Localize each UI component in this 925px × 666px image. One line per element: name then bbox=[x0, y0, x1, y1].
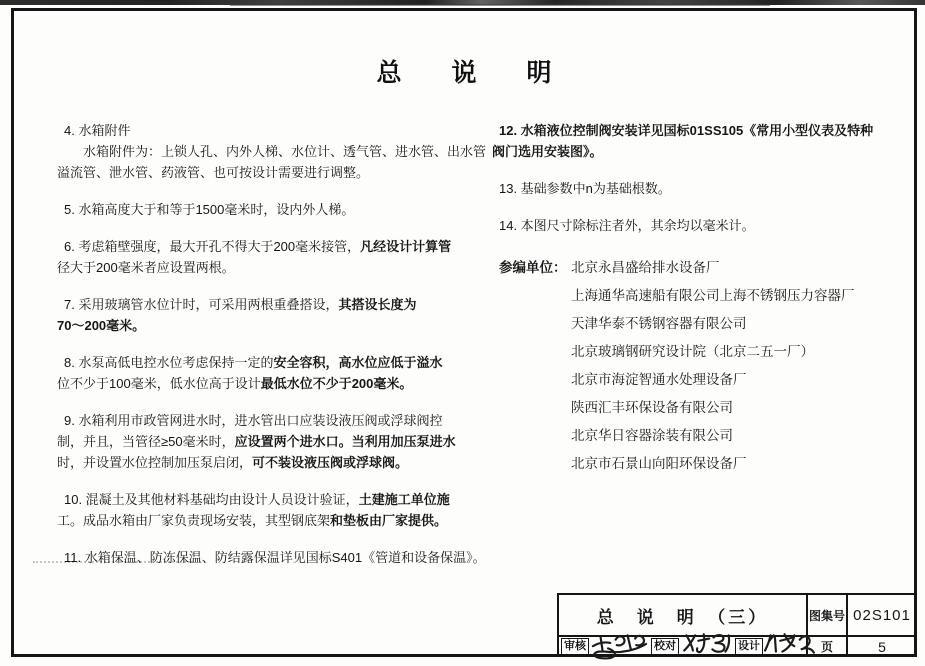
page-number-label: 页 bbox=[808, 637, 848, 656]
title-block: 总 说 明 （三） 图集号 02S101 审核 校对 设计 bbox=[557, 593, 914, 654]
note-line: 13. 基础参数中n为基础根数。 bbox=[492, 178, 916, 199]
note-line: 5. 水箱高度大于和等于1500毫米时，设内外人梯。 bbox=[57, 199, 481, 220]
notes-column-right: 12. 水箱液位控制阀安装详见国标01SS105《常用小型仪表及特种阀门选用安装… bbox=[492, 120, 916, 478]
editor-organization: 上海通华高速船有限公司上海不锈钢压力容器厂 bbox=[571, 282, 855, 310]
note-line: 12. 水箱液位控制阀安装详见国标01SS105《常用小型仪表及特种 bbox=[492, 120, 916, 141]
note-line: 8. 水泵高低电控水位考虑保持一定的安全容积，高水位应低于溢水 bbox=[57, 352, 481, 373]
designer-label: 设计 bbox=[735, 638, 763, 655]
note-line: 10. 混凝土及其他材料基础均由设计人员设计验证，土建施工单位施 bbox=[57, 489, 481, 510]
editors-label: 参编单位： bbox=[499, 254, 571, 478]
atlas-number-value: 02S101 bbox=[848, 595, 916, 637]
note-line: 4. 水箱附件 bbox=[57, 120, 481, 141]
note-item: 5. 水箱高度大于和等于1500毫米时，设内外人梯。 bbox=[57, 199, 481, 220]
note-line: 水箱附件为：上锁人孔、内外人梯、水位计、透气管、进水管、出水管 bbox=[57, 141, 481, 162]
note-item: 9. 水箱利用市政管网进水时，进水管出口应装设液压阀或浮球阀控制，并且，当管径≥… bbox=[57, 410, 481, 473]
checker-label: 校对 bbox=[651, 638, 679, 655]
checker-signature bbox=[679, 631, 735, 657]
note-line: 7. 采用玻璃管水位计时，可采用两根重叠搭设，其搭设长度为 bbox=[57, 294, 481, 315]
note-line: 70～200毫米。 bbox=[57, 315, 481, 336]
note-item: 14. 本图尺寸除标注者外，其余均以毫米计。 bbox=[492, 215, 916, 236]
document-page: 总 说 明 4. 水箱附件 水箱附件为：上锁人孔、内外人梯、水位计、透气管、进水… bbox=[0, 0, 925, 666]
page-title: 总 说 明 bbox=[14, 53, 914, 89]
note-item: 7. 采用玻璃管水位计时，可采用两根重叠搭设，其搭设长度为70～200毫米。 bbox=[57, 294, 481, 336]
page-number-value: 5 bbox=[848, 637, 916, 656]
note-item: 4. 水箱附件 水箱附件为：上锁人孔、内外人梯、水位计、透气管、进水管、出水管溢… bbox=[57, 120, 481, 183]
editor-organization: 天津华泰不锈钢容器有限公司 bbox=[571, 310, 855, 338]
note-item: 11. 水箱保温、防冻保温、防结露保温详见国标S401《管道和设备保温》。 bbox=[57, 547, 481, 568]
note-item: 8. 水泵高低电控水位考虑保持一定的安全容积，高水位应低于溢水位不少于100毫米… bbox=[57, 352, 481, 394]
editor-organization: 北京永昌盛给排水设备厂 bbox=[571, 254, 855, 282]
editor-organization: 北京市海淀智通水处理设备厂 bbox=[571, 366, 855, 394]
note-item: 13. 基础参数中n为基础根数。 bbox=[492, 178, 916, 199]
note-line: 14. 本图尺寸除标注者外，其余均以毫米计。 bbox=[492, 215, 916, 236]
reviewer-signature bbox=[589, 631, 651, 657]
editor-organization: 北京华日容器涂装有限公司 bbox=[571, 422, 855, 450]
note-line: 溢流管、泄水管、药液管、也可按设计需要进行调整。 bbox=[57, 162, 481, 183]
note-line: 时，并设置水位控制加压泵启闭，可不装设液压阀或浮球阀。 bbox=[57, 452, 481, 473]
note-line: 9. 水箱利用市政管网进水时，进水管出口应装设液压阀或浮球阀控 bbox=[57, 410, 481, 431]
editor-organization: 北京市石景山向阳环保设备厂 bbox=[571, 450, 855, 478]
note-line: 位不少于100毫米，低水位高于设计最低水位不少于200毫米。 bbox=[57, 373, 481, 394]
note-item: 6. 考虑箱壁强度，最大开孔不得大于200毫米接管，凡经设计计算管径大于200毫… bbox=[57, 236, 481, 278]
note-item: 10. 混凝土及其他材料基础均由设计人员设计验证，土建施工单位施工。成品水箱由厂… bbox=[57, 489, 481, 531]
notes-column-left: 4. 水箱附件 水箱附件为：上锁人孔、内外人梯、水位计、透气管、进水管、出水管溢… bbox=[57, 120, 481, 584]
page-border-frame: 总 说 明 4. 水箱附件 水箱附件为：上锁人孔、内外人梯、水位计、透气管、进水… bbox=[11, 8, 917, 657]
editors-block: 参编单位： 北京永昌盛给排水设备厂上海通华高速船有限公司上海不锈钢压力容器厂天津… bbox=[492, 254, 916, 478]
editor-organization: 北京玻璃钢研究设计院（北京二五一厂） bbox=[571, 338, 855, 366]
note-line: 6. 考虑箱壁强度，最大开孔不得大于200毫米接管，凡经设计计算管 bbox=[57, 236, 481, 257]
editor-organization: 陕西汇丰环保设备有限公司 bbox=[571, 394, 855, 422]
scan-artifact-top-2 bbox=[230, 4, 770, 6]
editors-list: 北京永昌盛给排水设备厂上海通华高速船有限公司上海不锈钢压力容器厂天津华泰不锈钢容… bbox=[571, 254, 855, 478]
note-line: 径大于200毫米者应设置两根。 bbox=[57, 257, 481, 278]
note-line: 11. 水箱保温、防冻保温、防结露保温详见国标S401《管道和设备保温》。 bbox=[57, 547, 481, 568]
note-line: 工。成品水箱由厂家负责现场安装，其型钢底架和垫板由厂家提供。 bbox=[57, 510, 481, 531]
note-line: 阀门选用安装图》。 bbox=[492, 141, 916, 162]
note-item: 12. 水箱液位控制阀安装详见国标01SS105《常用小型仪表及特种阀门选用安装… bbox=[492, 120, 916, 162]
reviewer-label: 审核 bbox=[561, 638, 589, 655]
note-line: 制，并且，当管径≥50毫米时，应设置两个进水口。当利用加压泵进水 bbox=[57, 431, 481, 452]
signature-row: 审核 校对 设计 bbox=[559, 637, 808, 656]
